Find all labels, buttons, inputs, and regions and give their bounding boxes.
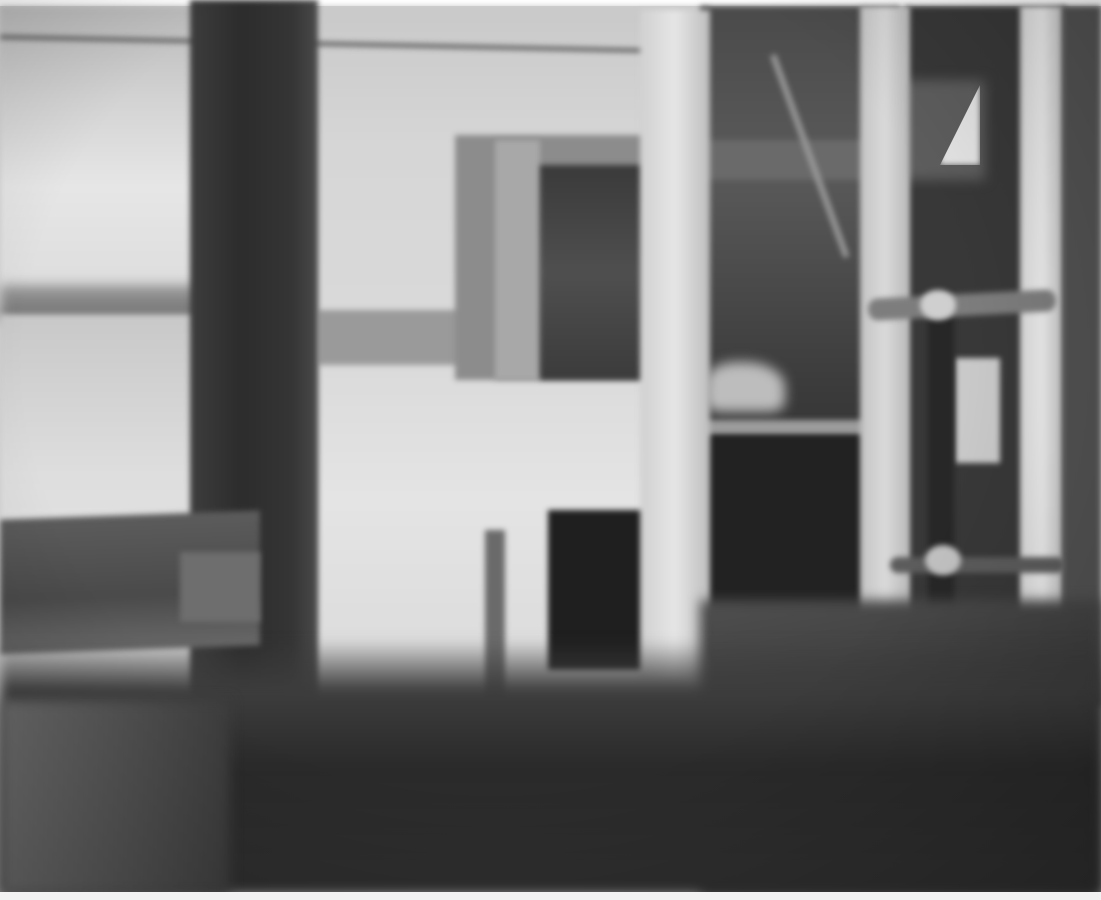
photograph: Grainy black-and-white photograph of the… (0, 0, 1101, 900)
vignette (0, 0, 1101, 900)
bottom-border (0, 892, 1101, 900)
